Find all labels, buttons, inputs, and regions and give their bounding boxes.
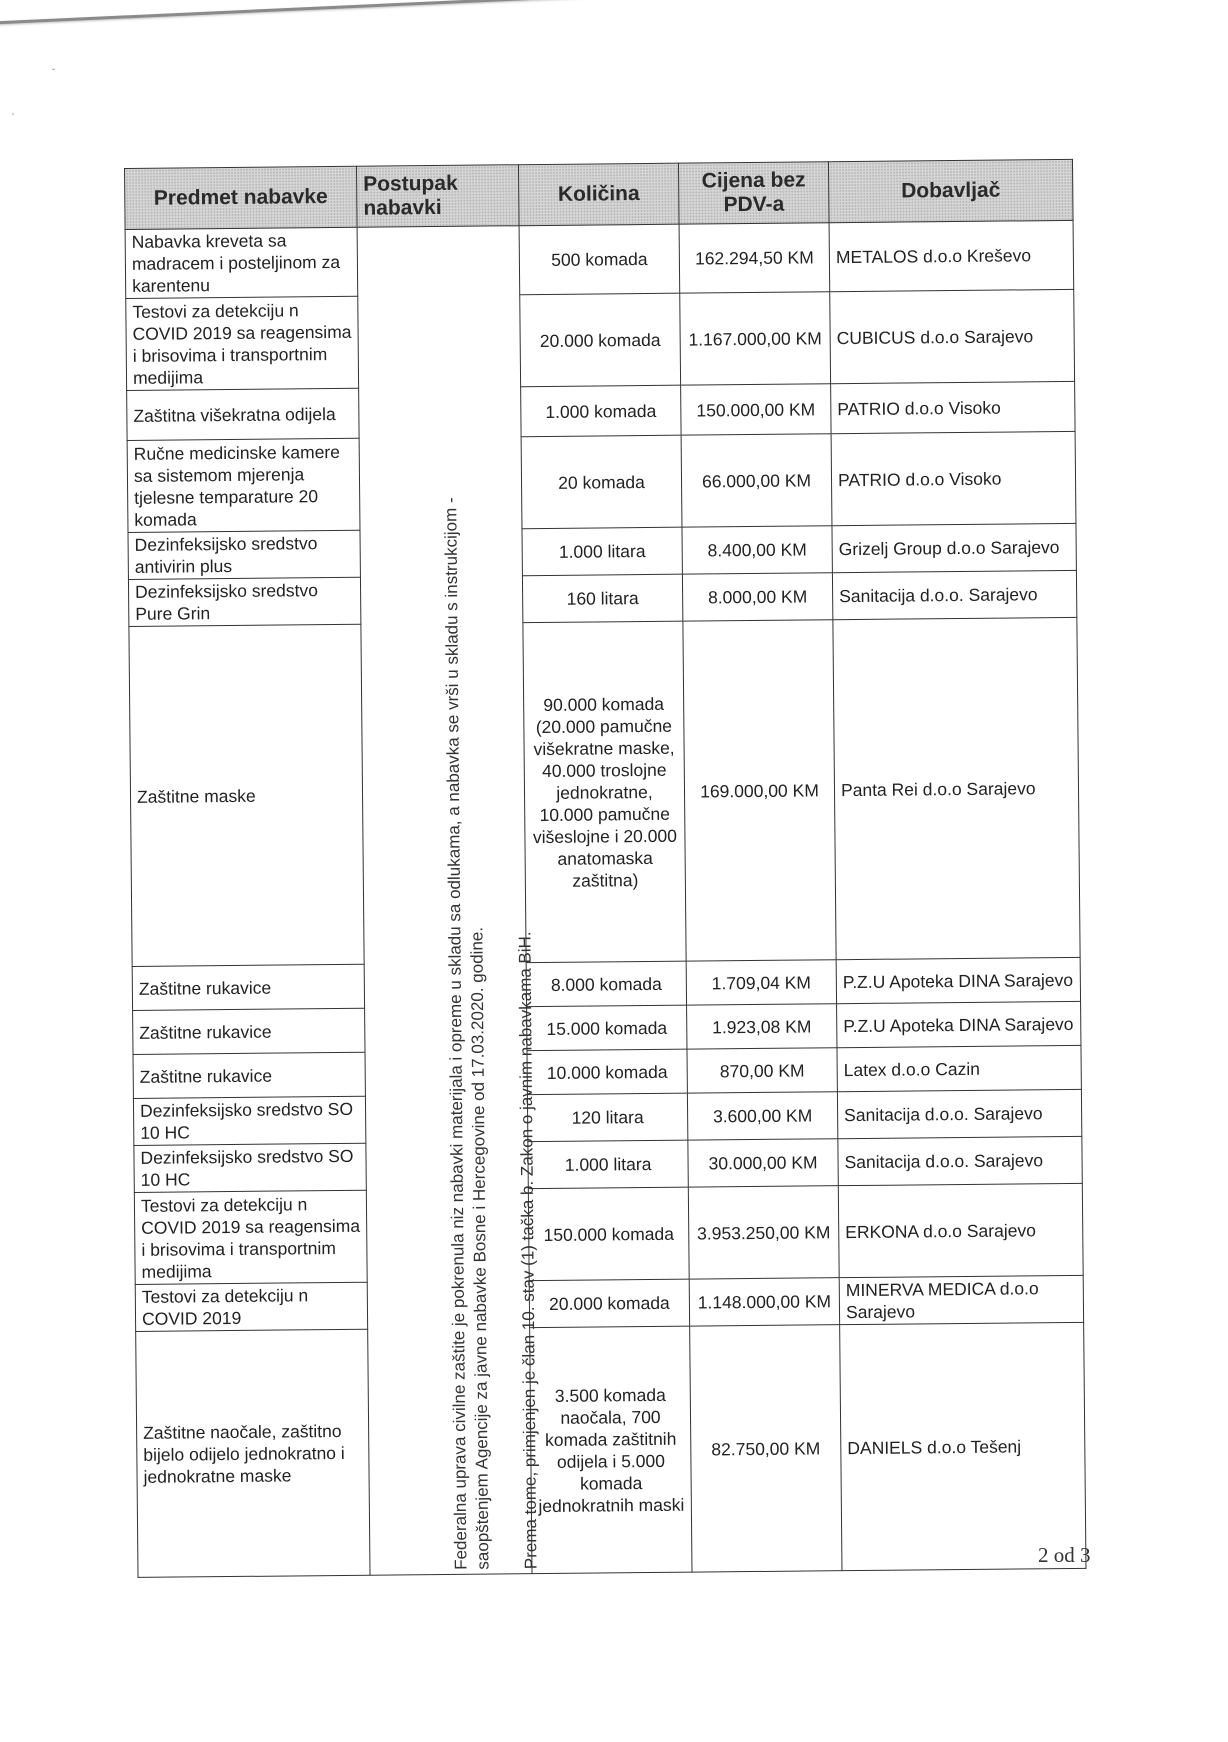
cell-quantity: 120 litara: [527, 1093, 687, 1142]
header-subject: Predmet nabavke: [125, 166, 358, 229]
cell-quantity: 1.000 litara: [522, 527, 682, 576]
procurement-table: Predmet nabavke Postupak nabavki Količin…: [124, 159, 1086, 1578]
cell-price: 8.000,00 KM: [682, 573, 832, 621]
cell-quantity: 10.000 komada: [527, 1049, 687, 1095]
cell-supplier: Latex d.o.o Cazin: [837, 1045, 1081, 1091]
header-price: Cijena bez PDV-a: [678, 162, 829, 224]
cell-quantity: 500 komada: [519, 224, 680, 295]
cell-subject: Zaštitna višekratna odijela: [127, 388, 359, 440]
cell-supplier: MINERVA MEDICA d.o.o Sarajevo: [839, 1275, 1083, 1324]
cell-supplier: CUBICUS d.o.o Sarajevo: [830, 289, 1075, 383]
cell-supplier: ERKONA d.o.o Sarajevo: [838, 1183, 1083, 1277]
cell-subject: Dezinfeksijsko sredstvo SO 10 HC: [133, 1096, 365, 1145]
cell-price: 66.000,00 KM: [681, 434, 832, 527]
cell-quantity: 90.000 komada (20.000 pamučne višekratne…: [523, 621, 686, 963]
cell-price: 3.953.250,00 KM: [688, 1186, 839, 1279]
cell-price: 1.167.000,00 KM: [680, 292, 831, 385]
header-supplier: Dobavljač: [828, 159, 1073, 222]
cell-supplier: DANIELS d.o.o Tešenj: [840, 1322, 1086, 1570]
cell-subject: Testovi za detekciju n COVID 2019 sa rea…: [134, 1190, 367, 1284]
header-procedure: Postupak nabavki: [356, 165, 519, 228]
cell-supplier: P.Z.U Apoteka DINA Sarajevo: [836, 957, 1080, 1003]
table-row: Zaštitne maske90.000 komada (20.000 pamu…: [129, 617, 1080, 966]
cell-subject: Zaštitne rukavice: [132, 964, 364, 1010]
cell-procedure: Federalna uprava civilne zaštite je pokr…: [357, 226, 532, 1575]
cell-price: 3.600,00 KM: [687, 1092, 837, 1140]
cell-subject: Ručne medicinske kamere sa sistemom mjer…: [127, 438, 360, 532]
cell-price: 150.000,00 KM: [681, 384, 831, 435]
scan-speck: ˘: [52, 68, 55, 79]
cell-subject: Zaštitne maske: [129, 624, 364, 966]
cell-supplier: Sanitacija d.o.o. Sarajevo: [832, 570, 1076, 619]
cell-price: 8.400,00 KM: [682, 526, 832, 574]
cell-quantity: 20 komada: [521, 435, 682, 529]
cell-quantity: 20.000 komada: [529, 1279, 689, 1328]
cell-supplier: PATRIO d.o.o Visoko: [831, 431, 1076, 525]
cell-subject: Testovi za detekciju n COVID 2019: [135, 1282, 367, 1331]
cell-subject: Dezinfeksijsko sredstvo SO 10 HC: [134, 1143, 366, 1192]
table-header-row: Predmet nabavke Postupak nabavki Količin…: [125, 159, 1074, 229]
cell-subject: Nabavka kreveta sa madracem i posteljino…: [125, 227, 358, 298]
cell-price: 30.000,00 KM: [688, 1139, 838, 1187]
table-row: Ručne medicinske kamere sa sistemom mjer…: [127, 431, 1076, 532]
cell-supplier: Sanitacija d.o.o. Sarajevo: [838, 1136, 1082, 1185]
cell-supplier: Grizelj Group d.o.o Sarajevo: [832, 523, 1076, 572]
table-row: Zaštitna višekratna odijela1.000 komada1…: [127, 381, 1075, 440]
cell-supplier: Sanitacija d.o.o. Sarajevo: [837, 1089, 1081, 1138]
scan-speck: ': [12, 112, 14, 123]
cell-supplier: Panta Rei d.o.o Sarajevo: [833, 617, 1080, 959]
cell-supplier: PATRIO d.o.o Visoko: [831, 381, 1075, 433]
cell-quantity: 1.000 komada: [521, 385, 681, 437]
cell-price: 82.750,00 KM: [690, 1325, 842, 1572]
cell-price: 1.923,08 KM: [687, 1004, 837, 1049]
scan-edge-line: [0, 0, 739, 25]
document-page: Predmet nabavke Postupak nabavki Količin…: [124, 159, 1085, 1578]
table-body: Nabavka kreveta sa madracem i posteljino…: [125, 220, 1086, 1577]
page-number: 2 od 3: [1038, 1543, 1091, 1568]
table-row: Nabavka kreveta sa madracem i posteljino…: [125, 220, 1074, 298]
cell-subject: Dezinfeksijsko sredstvo Pure Grin: [128, 577, 360, 626]
cell-quantity: 150.000 komada: [528, 1187, 689, 1281]
cell-subject: Dezinfeksijsko sredstvo antivirin plus: [128, 530, 360, 579]
table-row: Zaštitne naočale, zaštitno bijelo odijel…: [136, 1322, 1086, 1577]
cell-quantity: 8.000 komada: [526, 961, 686, 1007]
cell-subject: Zaštitne naočale, zaštitno bijelo odijel…: [136, 1329, 370, 1577]
cell-quantity: 15.000 komada: [527, 1005, 687, 1051]
cell-supplier: METALOS d.o.o Kreševo: [829, 220, 1074, 291]
cell-quantity: 3.500 komada naočala, 700 komada zaštitn…: [530, 1326, 692, 1574]
header-quantity: Količina: [518, 163, 679, 226]
cell-quantity: 160 litara: [522, 574, 682, 623]
cell-price: 1.709,04 KM: [686, 960, 836, 1005]
cell-price: 1.148.000,00 KM: [689, 1278, 839, 1326]
cell-price: 169.000,00 KM: [683, 620, 836, 961]
table-row: Testovi za detekciju n COVID 2019 sa rea…: [126, 289, 1075, 390]
table-row: Testovi za detekciju n COVID 2019 sa rea…: [134, 1183, 1083, 1284]
cell-supplier: P.Z.U Apoteka DINA Sarajevo: [837, 1001, 1081, 1047]
cell-quantity: 1.000 litara: [528, 1140, 688, 1189]
cell-price: 870,00 KM: [687, 1048, 837, 1093]
cell-subject: Zaštitne rukavice: [133, 1052, 365, 1098]
cell-subject: Zaštitne rukavice: [133, 1008, 365, 1054]
cell-subject: Testovi za detekciju n COVID 2019 sa rea…: [126, 296, 359, 390]
cell-quantity: 20.000 komada: [520, 293, 681, 387]
cell-price: 162.294,50 KM: [679, 223, 830, 293]
